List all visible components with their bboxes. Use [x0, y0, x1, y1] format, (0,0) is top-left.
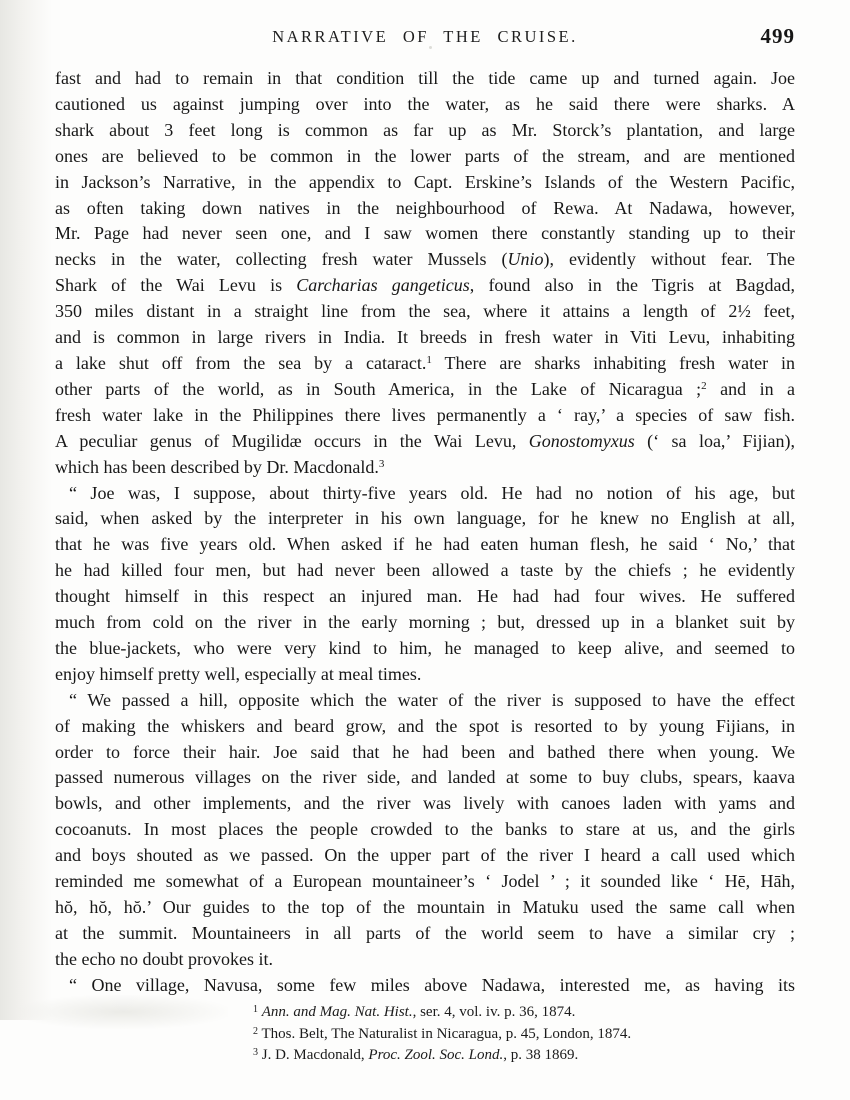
text-line: hŏ, hŏ, hŏ.’ Our guides to the top of th… [55, 895, 795, 921]
text-segment: A peculiar genus of Mugilidæ occurs in t… [55, 431, 529, 451]
text-segment: J. D. Macdonald, [258, 1047, 368, 1063]
text-line: thought himself in this respect an injur… [55, 584, 795, 610]
text-segment: (‘ sa loa,’ Fijian), [635, 431, 795, 451]
text-line: A peculiar genus of Mugilidæ occurs in t… [55, 429, 795, 455]
text-line: “ Joe was, I suppose, about thirty-five … [55, 481, 795, 507]
text-segment: bowls, and other implements, and the riv… [55, 793, 795, 813]
running-head: NARRATIVE OF THE CRUISE. 499 [55, 24, 795, 48]
text-segment: and boys shouted as we passed. On the up… [55, 845, 795, 865]
footnote-marker: 3 [379, 458, 385, 470]
text-line: fresh water lake in the Philippines ther… [55, 403, 795, 429]
paragraph: “ Joe was, I suppose, about thirty-five … [55, 481, 795, 688]
text-line: bowls, and other implements, and the riv… [55, 791, 795, 817]
text-line: which has been described by Dr. Macdonal… [55, 455, 795, 481]
text-segment: passed numerous villages on the river si… [55, 767, 795, 787]
text-segment: the echo no doubt provokes it. [55, 949, 273, 969]
text-line: as often taking down natives in the neig… [55, 196, 795, 222]
text-segment: fast and had to remain in that condition… [55, 68, 795, 88]
text-segment: as often taking down natives in the neig… [55, 198, 795, 218]
text-segment: much from cold on the river in the early… [55, 612, 795, 632]
text-segment: shark about 3 feet long is common as far… [55, 120, 795, 140]
book-page-scan: NARRATIVE OF THE CRUISE. 499 fast and ha… [0, 0, 850, 1100]
text-line: cautioned us against jumping over into t… [55, 92, 795, 118]
text-segment: hŏ, hŏ, hŏ.’ Our guides to the top of th… [55, 897, 795, 917]
text-line: necks in the water, collecting fresh wat… [55, 247, 795, 273]
text-segment: he had killed four men, but had never be… [55, 560, 795, 580]
text-segment: Shark of the Wai Levu is [55, 275, 296, 295]
text-line: much from cold on the river in the early… [55, 610, 795, 636]
text-line: reminded me somewhat of a European mount… [55, 869, 795, 895]
text-line: Shark of the Wai Levu is Carcharias gang… [55, 273, 795, 299]
text-line: order to force their hair. Joe said that… [55, 740, 795, 766]
text-line: passed numerous villages on the river si… [55, 765, 795, 791]
text-line: Mr. Page had never seen one, and I saw w… [55, 221, 795, 247]
text-segment: other parts of the world, as in South Am… [55, 379, 701, 399]
text-segment: a lake shut off from the sea by a catara… [55, 353, 426, 373]
text-line: cocoanuts. In most places the people cro… [55, 817, 795, 843]
text-segment: , found also in the Tigris at Bagdad, [470, 275, 795, 295]
text-line: 350 miles distant in a straight line fro… [55, 299, 795, 325]
text-segment: cocoanuts. In most places the people cro… [55, 819, 795, 839]
text-line: other parts of the world, as in South Am… [55, 377, 795, 403]
text-segment: in Jackson’s Narrative, in the appendix … [55, 172, 795, 192]
text-segment: fresh water lake in the Philippines ther… [55, 405, 795, 425]
text-segment: , p. 38 1869. [503, 1047, 578, 1063]
paragraph: “ We passed a hill, opposite which the w… [55, 688, 795, 973]
text-segment: Mr. Page had never seen one, and I saw w… [55, 223, 795, 243]
text-line: fast and had to remain in that condition… [55, 66, 795, 92]
text-line: at the summit. Mountaineers in all parts… [55, 921, 795, 947]
text-segment: , ser. 4, vol. iv. p. 36, 1874. [413, 1004, 576, 1020]
paragraph: fast and had to remain in that condition… [55, 66, 795, 481]
page-body-text: fast and had to remain in that condition… [55, 66, 795, 999]
text-segment: “ Joe was, I suppose, about thirty-five … [69, 483, 795, 503]
text-segment: that he was five years old. When asked i… [55, 534, 795, 554]
text-line: said, when asked by the interpreter in h… [55, 506, 795, 532]
text-line: the blue-jackets, who were very kind to … [55, 636, 795, 662]
text-segment: the blue-jackets, who were very kind to … [55, 638, 795, 658]
text-line: and boys shouted as we passed. On the up… [55, 843, 795, 869]
text-line: of making the whiskers and beard grow, a… [55, 714, 795, 740]
text-segment: and is common in large rivers in India. … [55, 327, 795, 347]
footnote: 2 Thos. Belt, The Naturalist in Nicaragu… [253, 1024, 631, 1046]
text-line: and is common in large rivers in India. … [55, 325, 795, 351]
text-segment: which has been described by Dr. Macdonal… [55, 457, 379, 477]
text-line: shark about 3 feet long is common as far… [55, 118, 795, 144]
text-line: he had killed four men, but had never be… [55, 558, 795, 584]
text-segment: Unio [507, 249, 543, 269]
text-segment: order to force their hair. Joe said that… [55, 742, 795, 762]
text-segment: There are sharks inhabiting fresh water … [432, 353, 795, 373]
text-segment: ), evidently without fear. The [543, 249, 795, 269]
text-segment: Gonostomyxus [529, 431, 635, 451]
text-segment: Proc. Zool. Soc. Lond. [368, 1047, 503, 1063]
text-line: “ One village, Navusa, some few miles ab… [55, 973, 795, 999]
text-line: the echo no doubt provokes it. [55, 947, 795, 973]
text-segment: at the summit. Mountaineers in all parts… [55, 923, 795, 943]
text-segment: Carcharias gangeticus [296, 275, 470, 295]
text-segment: and in a [707, 379, 795, 399]
text-segment: cautioned us against jumping over into t… [55, 94, 795, 114]
text-segment: thought himself in this respect an injur… [55, 586, 795, 606]
text-line: ones are believed to be common in the lo… [55, 144, 795, 170]
text-segment: Thos. Belt, The Naturalist in Nicaragua,… [258, 1026, 631, 1042]
text-line: that he was five years old. When asked i… [55, 532, 795, 558]
text-segment: “ One village, Navusa, some few miles ab… [69, 975, 795, 995]
footnote: 1 Ann. and Mag. Nat. Hist., ser. 4, vol.… [253, 1002, 631, 1024]
footnote: 3 J. D. Macdonald, Proc. Zool. Soc. Lond… [253, 1045, 631, 1067]
text-segment: said, when asked by the interpreter in h… [55, 508, 795, 528]
text-segment: 350 miles distant in a straight line fro… [55, 301, 795, 321]
text-line: a lake shut off from the sea by a catara… [55, 351, 795, 377]
text-segment: necks in the water, collecting fresh wat… [55, 249, 507, 269]
text-line: enjoy himself pretty well, especially at… [55, 662, 795, 688]
text-segment: of making the whiskers and beard grow, a… [55, 716, 795, 736]
text-segment: Ann. and Mag. Nat. Hist. [262, 1004, 413, 1020]
text-segment: ones are believed to be common in the lo… [55, 146, 795, 166]
page-title: NARRATIVE OF THE CRUISE. [55, 24, 795, 47]
page-number: 499 [761, 24, 796, 49]
text-line: in Jackson’s Narrative, in the appendix … [55, 170, 795, 196]
text-segment: “ We passed a hill, opposite which the w… [69, 690, 795, 710]
footnotes: 1 Ann. and Mag. Nat. Hist., ser. 4, vol.… [253, 1002, 631, 1067]
text-segment: reminded me somewhat of a European mount… [55, 871, 795, 891]
text-line: “ We passed a hill, opposite which the w… [55, 688, 795, 714]
text-segment: enjoy himself pretty well, especially at… [55, 664, 421, 684]
paragraph: “ One village, Navusa, some few miles ab… [55, 973, 795, 999]
